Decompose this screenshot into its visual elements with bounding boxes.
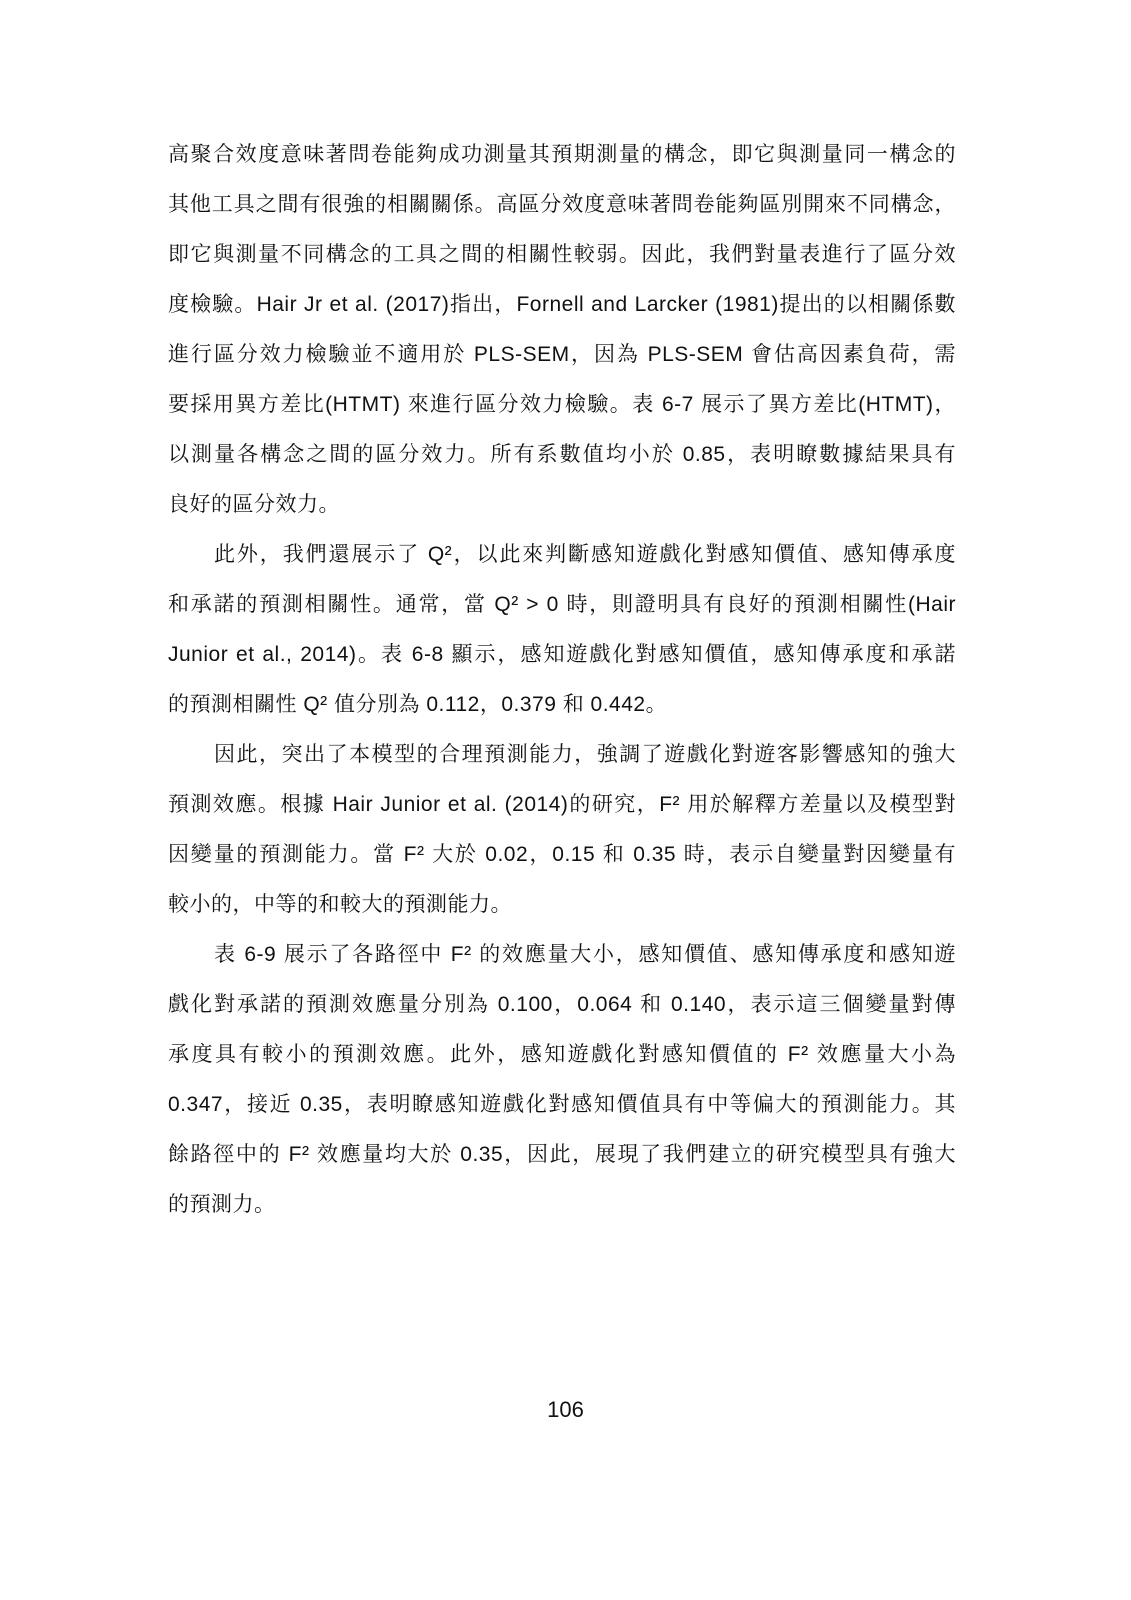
text-line: 餘路徑中的 F² 效應量均大於 0.35，因此，展現了我們建立的研究模型具有強大 [168, 1130, 956, 1180]
document-body: 高聚合效度意味著問卷能夠成功測量其預期測量的構念，即它與測量同一構念的其他工具之… [168, 130, 956, 1230]
paragraph: 此外，我們還展示了 Q²，以此來判斷感知遊戲化對感知價值、感知傳承度和承諾的預測… [168, 530, 956, 730]
text-line: 戲化對承諾的預測效應量分別為 0.100，0.064 和 0.140，表示這三個… [168, 980, 956, 1030]
text-line: Junior et al., 2014)。表 6-8 顯示，感知遊戲化對感知價值… [168, 630, 956, 680]
text-line: 0.347，接近 0.35，表明瞭感知遊戲化對感知價值具有中等偏大的預測能力。其 [168, 1080, 956, 1130]
text-line: 表 6-9 展示了各路徑中 F² 的效應量大小，感知價值、感知傳承度和感知遊 [168, 930, 956, 980]
text-line: 承度具有較小的預測效應。此外，感知遊戲化對感知價值的 F² 效應量大小為 [168, 1030, 956, 1080]
text-line: 其他工具之間有很強的相關關係。高區分效度意味著問卷能夠區別開來不同構念， [168, 180, 956, 230]
text-line: 即它與測量不同構念的工具之間的相關性較弱。因此，我們對量表進行了區分效 [168, 230, 956, 280]
text-line: 良好的區分效力。 [168, 480, 956, 530]
text-line: 的預測力。 [168, 1180, 956, 1230]
page-number: 106 [0, 1396, 1131, 1424]
document-page: 高聚合效度意味著問卷能夠成功測量其預期測量的構念，即它與測量同一構念的其他工具之… [0, 0, 1131, 1600]
text-line: 因變量的預測能力。當 F² 大於 0.02，0.15 和 0.35 時，表示自變… [168, 830, 956, 880]
paragraph: 表 6-9 展示了各路徑中 F² 的效應量大小，感知價值、感知傳承度和感知遊戲化… [168, 930, 956, 1230]
text-line: 的預測相關性 Q² 值分別為 0.112，0.379 和 0.442。 [168, 680, 956, 730]
text-line: 因此，突出了本模型的合理預測能力，強調了遊戲化對遊客影響感知的強大 [168, 730, 956, 780]
text-line: 此外，我們還展示了 Q²，以此來判斷感知遊戲化對感知價值、感知傳承度 [168, 530, 956, 580]
paragraph: 高聚合效度意味著問卷能夠成功測量其預期測量的構念，即它與測量同一構念的其他工具之… [168, 130, 956, 530]
text-line: 以測量各構念之間的區分效力。所有系數值均小於 0.85，表明瞭數據結果具有 [168, 430, 956, 480]
paragraph: 因此，突出了本模型的合理預測能力，強調了遊戲化對遊客影響感知的強大預測效應。根據… [168, 730, 956, 930]
text-line: 度檢驗。Hair Jr et al. (2017)指出，Fornell and … [168, 280, 956, 330]
text-line: 較小的，中等的和較大的預測能力。 [168, 880, 956, 930]
text-line: 進行區分效力檢驗並不適用於 PLS-SEM，因為 PLS-SEM 會估高因素負荷… [168, 330, 956, 380]
text-line: 高聚合效度意味著問卷能夠成功測量其預期測量的構念，即它與測量同一構念的 [168, 130, 956, 180]
text-line: 和承諾的預測相關性。通常，當 Q² > 0 時，則證明具有良好的預測相關性(Ha… [168, 580, 956, 630]
text-line: 要採用異方差比(HTMT) 來進行區分效力檢驗。表 6-7 展示了異方差比(HT… [168, 380, 956, 430]
text-line: 預測效應。根據 Hair Junior et al. (2014)的研究，F² … [168, 780, 956, 830]
